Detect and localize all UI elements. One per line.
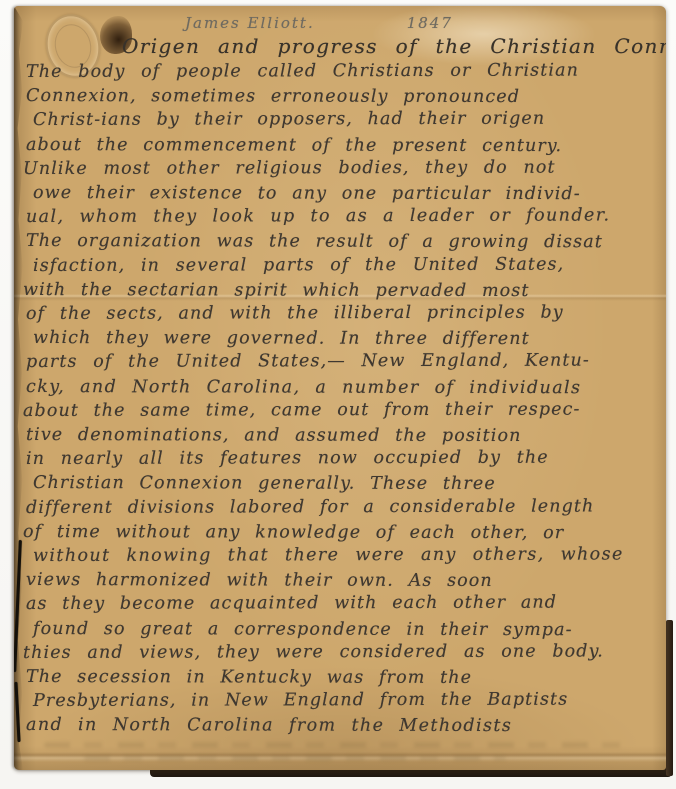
photo-background: James Elliott.1847 Origen and progress o… — [0, 0, 676, 789]
manuscript-line: about the commencement of the present ce… — [26, 133, 666, 159]
manuscript-line: different divisions labored for a consid… — [26, 494, 666, 520]
manuscript-line: Christian Connexion generally. These thr… — [33, 471, 666, 497]
manuscript-line: isfaction, in several parts of the Unite… — [33, 252, 666, 278]
manuscript-line: ual, whom they look up to as a leader or… — [26, 204, 666, 230]
manuscript-line: Presbyterians, in New England from the B… — [33, 688, 666, 714]
manuscript-line: cky, and North Carolina, a number of ind… — [26, 375, 666, 401]
manuscript-body: The body of people called Christians or … — [14, 60, 666, 738]
manuscript-line: without knowing that there were any othe… — [33, 542, 666, 568]
manuscript-line: The organization was the result of a gro… — [26, 229, 666, 255]
manuscript-line: as they become acquainted with each othe… — [26, 591, 666, 617]
page-title: Origen and progress of the Christian Con… — [14, 34, 666, 58]
manuscript-line: Christ-ians by their opposers, had their… — [33, 107, 666, 133]
book-edge-shadow-right — [666, 620, 673, 776]
title-text: Origen and progress of the Christian Con… — [122, 34, 666, 58]
manuscript-line: The body of people called Christians or … — [26, 58, 666, 84]
manuscript-page: James Elliott.1847 Origen and progress o… — [14, 6, 666, 770]
bleed-through-text — [44, 742, 626, 764]
year-label: 1847 — [407, 14, 453, 32]
manuscript-line: in nearly all its features now occupied … — [26, 446, 666, 472]
manuscript-line: Unlike most other religious bodies, they… — [23, 155, 666, 181]
manuscript-line: with the sectarian spirit which pervaded… — [23, 278, 666, 304]
manuscript-line: found so great a correspondence in their… — [33, 617, 666, 643]
manuscript-line: and in North Carolina from the Methodist… — [26, 713, 666, 739]
manuscript-line: about the same time, came out from their… — [23, 397, 666, 423]
page-header: James Elliott.1847 — [14, 14, 666, 32]
manuscript-line: of time without any knowledge of each ot… — [23, 520, 666, 546]
manuscript-line: parts of the United States,— New England… — [26, 349, 666, 375]
manuscript-line: thies and views, they were considered as… — [23, 639, 666, 665]
manuscript-line: of the sects, and with the illiberal pri… — [26, 300, 666, 326]
author-name: James Elliott. — [185, 14, 315, 32]
